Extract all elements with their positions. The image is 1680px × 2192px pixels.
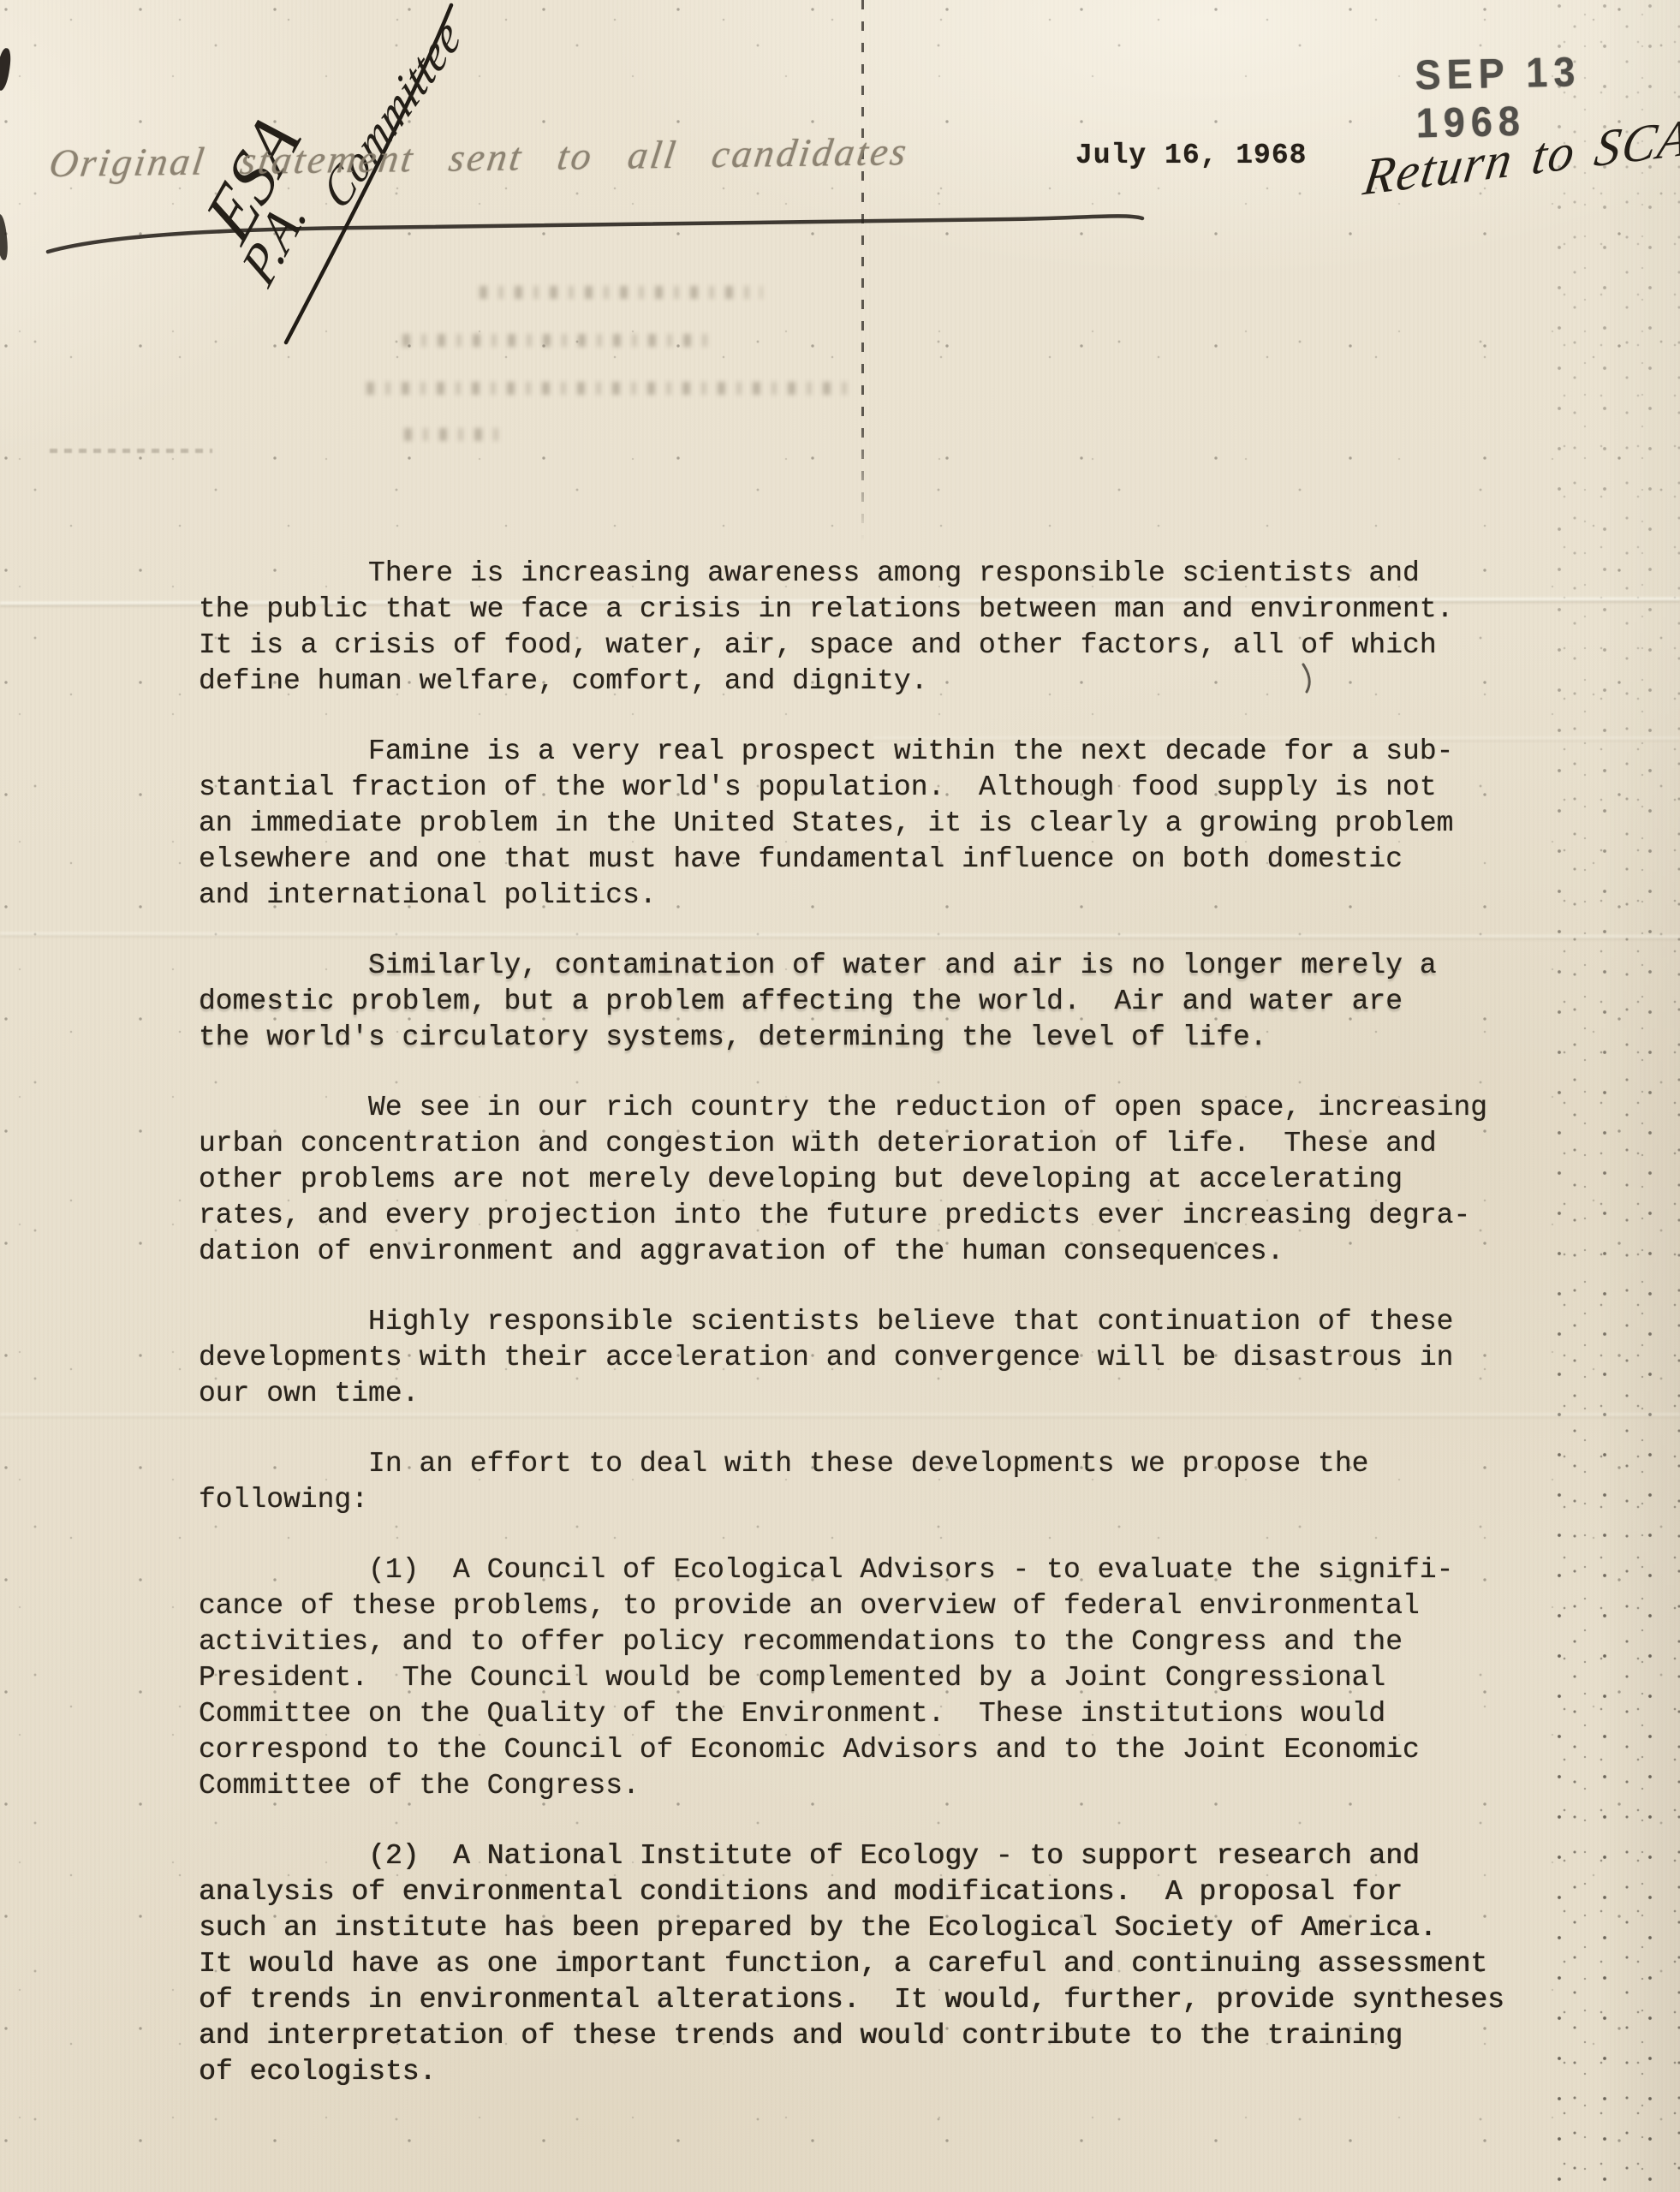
ink-transfer-ghost [366,281,880,448]
paragraph-6: In an effort to deal with these developm… [199,1446,1603,1518]
paragraph-2: Famine is a very real prospect within th… [199,734,1603,914]
committee-handwriting: Committee [313,4,470,222]
paper-tear-mark-1 [0,47,13,92]
typed-date: July 16, 1968 [1075,140,1307,171]
paragraph-4: We see in our rich country the reduction… [199,1090,1603,1270]
scanned-letter-page: ESA P.A. Committee Original statement se… [0,0,1680,2192]
proposal-item-2: (2) A National Institute of Ecology - to… [199,1838,1603,2090]
paragraph-3: Similarly, contamination of water and ai… [199,948,1603,1056]
received-date-stamp: SEP 13 1968 [1415,46,1680,148]
paragraph-1: There is increasing awareness among resp… [199,556,1603,700]
pencil-note-handwriting: Original statement sent to all candidate… [46,128,912,186]
vertical-fold-dashed-line [861,0,864,541]
proposal-item-1: (1) A Council of Ecological Advisors - t… [199,1552,1603,1804]
letter-body: There is increasing awareness among resp… [199,556,1603,2124]
left-crease-streak [50,449,212,453]
paper-tear-mark-2 [0,214,9,261]
paragraph-5: Highly responsible scientists believe th… [199,1304,1603,1412]
